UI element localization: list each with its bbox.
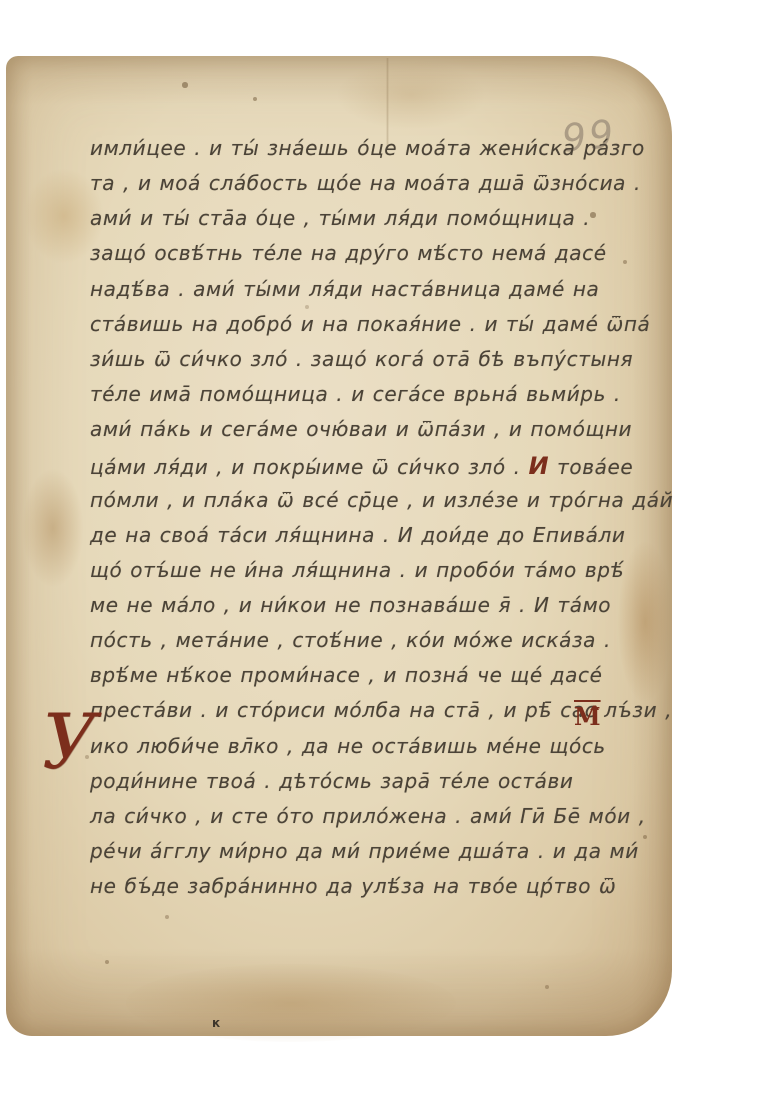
- manuscript-line: зи́шь ѿ си́чко зло́ . защо́ кога́ ота̄ б…: [90, 347, 655, 382]
- line-text: врѣ́ме нѣ́кое проми́насе , и позна́ че щ…: [90, 663, 603, 687]
- line-text: де на своа́ та́си ля́щнина . И дои́де до…: [90, 523, 625, 547]
- line-text: ста́вишь на добро́ и на покая́ние . и ты…: [90, 312, 650, 336]
- manuscript-line: по́мли , и пла́ка ѿ все́ ср̄це , и изле́…: [90, 488, 655, 523]
- manuscript-page: 99 имли́цее . и ты́ зна́ешь о́це моа́та …: [6, 56, 672, 1036]
- quire-mark: к: [212, 1016, 220, 1030]
- manuscript-line: ме не ма́ло , и ни́кои не познава́ше я̄ …: [90, 593, 655, 628]
- rubric-drop-cap: У: [42, 704, 97, 780]
- rubric-letter: И: [529, 452, 550, 480]
- manuscript-line: защо́ освѣ́тнь те́ле на дру́го мѣ́сто не…: [90, 241, 655, 276]
- manuscript-line: що́ отъ́ше не и́на ля́щнина . и пробо́и …: [90, 558, 655, 593]
- line-text: та , и моа́ сла́бость що́е на моа́та дша…: [90, 171, 641, 195]
- line-text: имли́цее . и ты́ зна́ешь о́це моа́та жен…: [90, 136, 645, 160]
- line-text: ико люби́че вл̄ко , да не оста́вишь ме́н…: [90, 734, 606, 758]
- line-text: ме не ма́ло , и ни́кои не познава́ше я̄ …: [90, 593, 611, 617]
- manuscript-line: роди́нине твоа́ . дѣто́смь зара̄ те́ле о…: [90, 769, 655, 804]
- manuscript-line: ста́вишь на добро́ и на покая́ние . и ты…: [90, 312, 655, 347]
- line-text: те́ле има̄ помо́щница . и сега́се врьна́…: [90, 382, 621, 406]
- manuscript-line: преста́ви . и сто́риси мо́лба на ста̄ , …: [90, 698, 655, 733]
- line-text: ла си́чко , и сте о́то прило́жена . ами́…: [90, 804, 646, 828]
- manuscript-line: де на своа́ та́си ля́щнина . И дои́де до…: [90, 523, 655, 558]
- manuscript-line: по́сть , мета́ние , стоѣ́ние , ко́и мо́ж…: [90, 628, 655, 663]
- photo-background: 99 имли́цее . и ты́ зна́ешь о́це моа́та …: [0, 0, 760, 1099]
- line-text: надѣ́ва . ами́ ты́ми ля́ди наста́вница д…: [90, 277, 599, 301]
- line-text: не бъ́де забра́нинно да улѣ́за на тво́е …: [90, 874, 616, 898]
- line-text: ами́ па́кь и сега́ме очю́ваи и ѿпа́зи , …: [90, 417, 632, 441]
- manuscript-line: не бъ́де забра́нинно да улѣ́за на тво́е …: [90, 874, 655, 909]
- line-text: зи́шь ѿ си́чко зло́ . защо́ кога́ ота̄ б…: [90, 347, 633, 371]
- line-text: защо́ освѣ́тнь те́ле на дру́го мѣ́сто не…: [90, 241, 607, 265]
- manuscript-line: ами́ и ты́ ста̄а о́це , ты́ми ля́ди помо…: [90, 206, 655, 241]
- line-text: ца́ми ля́ди , и покры́име ѿ си́чко зло́ …: [90, 455, 529, 479]
- line-text: ре́чи а́гглу ми́рно да ми́ прие́ме дша́т…: [90, 839, 639, 863]
- text-block: имли́цее . и ты́ зна́ешь о́це моа́та жен…: [6, 56, 672, 1036]
- manuscript-line: врѣ́ме нѣ́кое проми́насе , и позна́ че щ…: [90, 663, 655, 698]
- manuscript-line: имли́цее . и ты́ зна́ешь о́це моа́та жен…: [90, 136, 655, 171]
- line-text: по́мли , и пла́ка ѿ все́ ср̄це , и изле́…: [90, 488, 673, 512]
- line-text: по́сть , мета́ние , стоѣ́ние , ко́и мо́ж…: [90, 628, 611, 652]
- manuscript-line: те́ле има̄ помо́щница . и сега́се врьна́…: [90, 382, 655, 417]
- manuscript-line: та , и моа́ сла́бость що́е на моа́та дша…: [90, 171, 655, 206]
- manuscript-line: надѣ́ва . ами́ ты́ми ля́ди наста́вница д…: [90, 277, 655, 312]
- line-text: що́ отъ́ше не и́на ля́щнина . и пробо́и …: [90, 558, 625, 582]
- manuscript-line: ца́ми ля́ди , и покры́име ѿ си́чко зло́ …: [90, 452, 655, 487]
- manuscript-line: ре́чи а́гглу ми́рно да ми́ прие́ме дша́т…: [90, 839, 655, 874]
- line-text: това́ее: [549, 455, 633, 479]
- manuscript-line: ико люби́че вл̄ко , да не оста́вишь ме́н…: [90, 734, 655, 769]
- line-text: ами́ и ты́ ста̄а о́це , ты́ми ля́ди помо…: [90, 206, 590, 230]
- manuscript-line: ами́ па́кь и сега́ме очю́ваи и ѿпа́зи , …: [90, 417, 655, 452]
- manuscript-line: ла си́чко , и сте о́то прило́жена . ами́…: [90, 804, 655, 839]
- margin-rubric-letter: М̂: [574, 702, 601, 731]
- line-text: роди́нине твоа́ . дѣто́смь зара̄ те́ле о…: [90, 769, 573, 793]
